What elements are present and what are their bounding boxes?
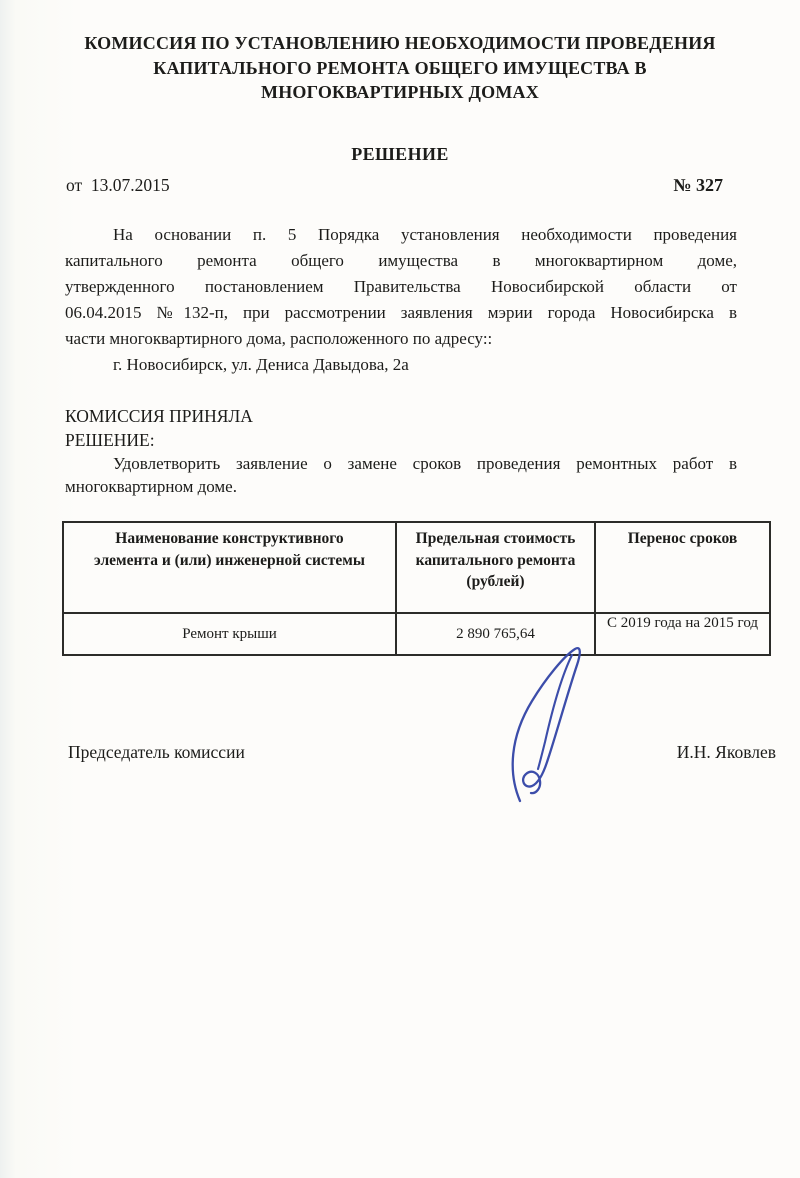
address-line: г. Новосибирск, ул. Дениса Давыдова, 2а	[65, 352, 737, 378]
col-header-schedule: Перенос сроков	[595, 522, 770, 613]
table-header-row: Наименование конструктивного элемента и …	[63, 522, 770, 613]
doc-meta-row: от 13.07.2015 № 327	[66, 175, 723, 196]
basis-paragraph-line: капитального ремонта общего имущества в …	[65, 248, 737, 274]
commission-title: КОМИССИЯ ПО УСТАНОВЛЕНИЮ НЕОБХОДИМОСТИ П…	[55, 31, 745, 105]
resolution-heading: КОМИССИЯ ПРИНЯЛА РЕШЕНИЕ:	[65, 405, 253, 452]
col-header-cost: Предельная стоимость капитального ремонт…	[396, 522, 595, 613]
basis-paragraph-line: части многоквартирного дома, расположенн…	[65, 326, 737, 352]
signature-stroke-main	[513, 648, 580, 801]
decision-paragraph: Удовлетворить заявление о замене сроков …	[65, 452, 737, 498]
cell-element-name: Ремонт крыши	[63, 613, 396, 655]
table-row: Ремонт крыши 2 890 765,64 С 2019 года на…	[63, 613, 770, 655]
col-header-cost-line: капитального ремонта	[401, 550, 590, 572]
col-header-element-line: Наименование конструктивного	[68, 528, 391, 550]
doc-type-heading: РЕШЕНИЕ	[0, 144, 800, 165]
col-header-cost-line: Предельная стоимость	[401, 528, 590, 550]
signature-block: Председатель комиссии И.Н. Яковлев	[68, 742, 776, 763]
repairs-table: Наименование конструктивного элемента и …	[62, 521, 771, 656]
basis-paragraph: На основании п. 5 Порядка установления н…	[65, 222, 737, 378]
commission-title-line-3: МНОГОКВАРТИРНЫХ ДОМАХ	[55, 80, 745, 105]
col-header-cost-line: (рублей)	[401, 571, 590, 593]
basis-paragraph-line: На основании п. 5 Порядка установления н…	[65, 222, 737, 248]
resolution-heading-line-1: КОМИССИЯ ПРИНЯЛА	[65, 405, 253, 429]
document-page: КОМИССИЯ ПО УСТАНОВЛЕНИЮ НЕОБХОДИМОСТИ П…	[0, 0, 800, 1178]
decision-paragraph-line: Удовлетворить заявление о замене сроков …	[65, 452, 737, 475]
basis-paragraph-line: утвержденного постановлением Правительст…	[65, 274, 737, 300]
commission-title-line-2: КАПИТАЛЬНОГО РЕМОНТА ОБЩЕГО ИМУЩЕСТВА В	[55, 56, 745, 81]
col-header-element-line: элемента и (или) инженерной системы	[68, 550, 391, 572]
cell-schedule-change: С 2019 года на 2015 год	[595, 613, 770, 655]
resolution-heading-line-2: РЕШЕНИЕ:	[65, 429, 253, 453]
chairman-title: Председатель комиссии	[68, 742, 245, 763]
handwritten-signature	[496, 645, 588, 803]
decision-paragraph-line: многоквартирном доме.	[65, 475, 737, 498]
doc-date: от 13.07.2015	[66, 175, 170, 196]
commission-title-line-1: КОМИССИЯ ПО УСТАНОВЛЕНИЮ НЕОБХОДИМОСТИ П…	[55, 31, 745, 56]
col-header-element: Наименование конструктивного элемента и …	[63, 522, 396, 613]
basis-paragraph-line: 06.04.2015 №132-п, при рассмотрении заяв…	[65, 300, 737, 326]
signer-name: И.Н. Яковлев	[677, 742, 776, 763]
doc-number: № 327	[673, 175, 723, 196]
